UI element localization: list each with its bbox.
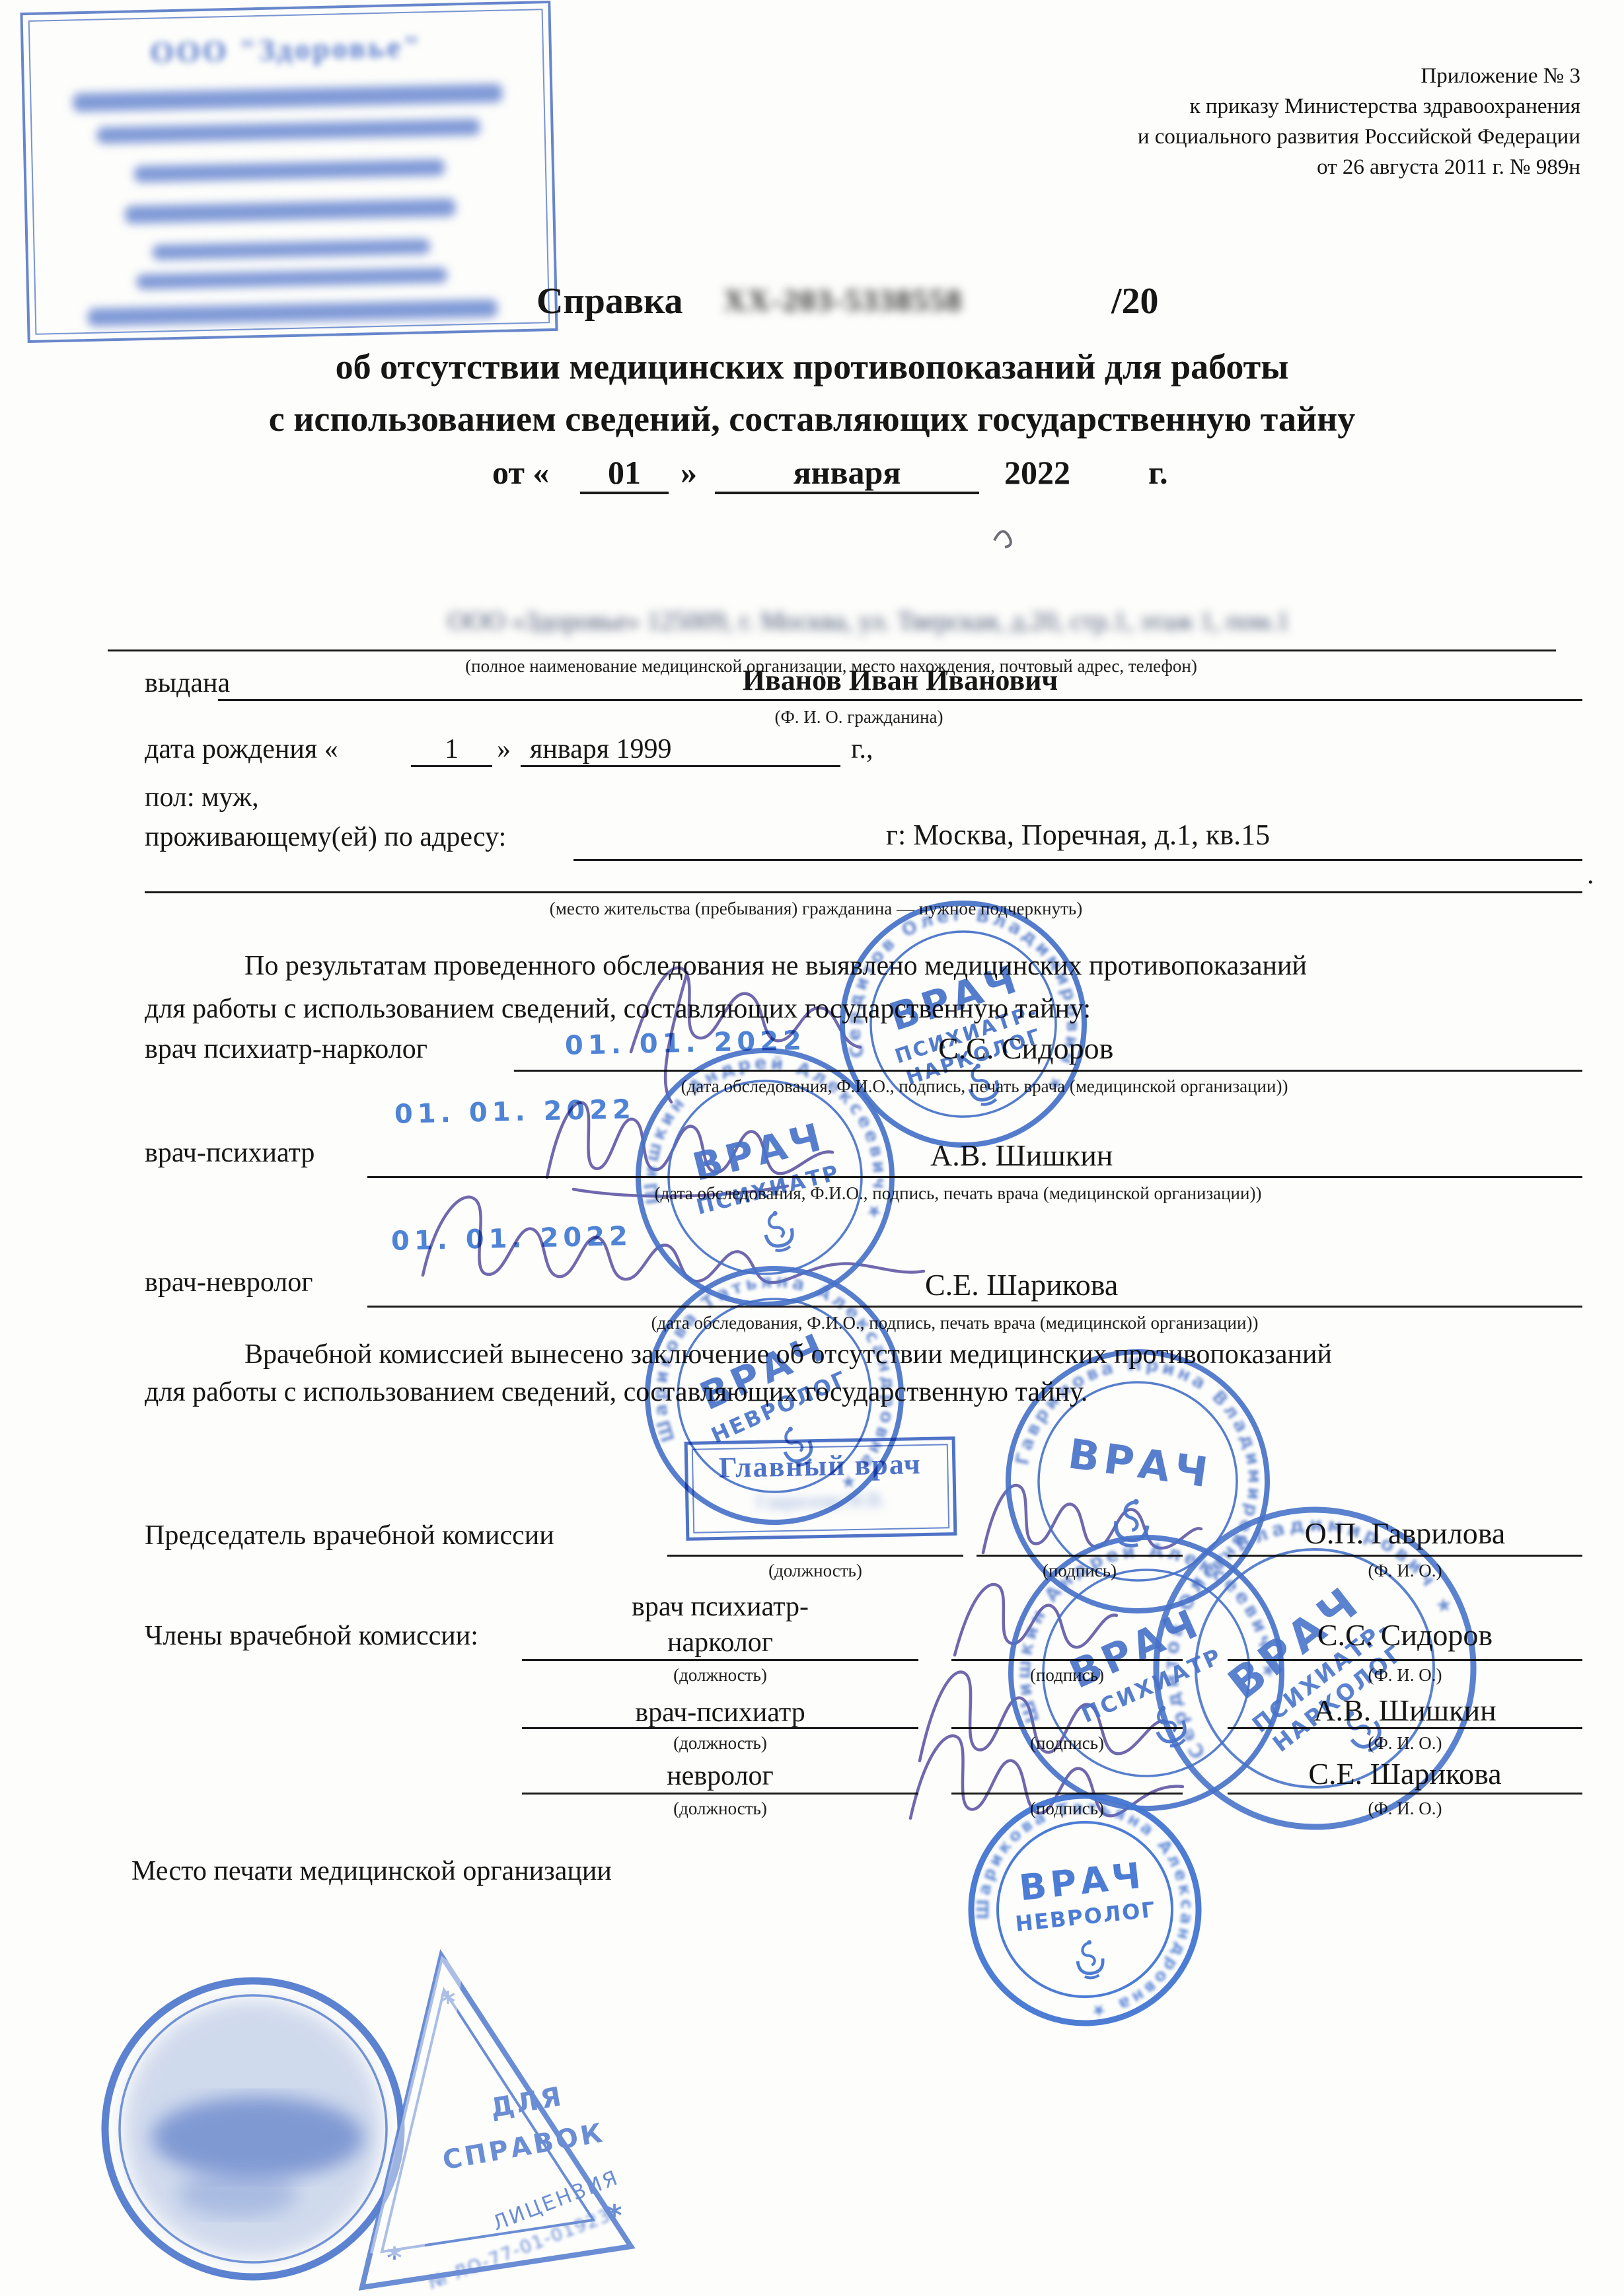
stamp-psikhiatr-3: Шишкин Андрей Алексеевич ★ ВРАЧ ПСИХИАТР [967, 1494, 1325, 1851]
stamp-psikhiatr-narkolog-1: Сердитов Олег Владимирович ★ ВРАЧ ПСИХИА… [811, 871, 1115, 1176]
triangle-line1: ДЛЯ [488, 2081, 566, 2124]
medical-certificate-page: ООО "Здоровье" Приложение № 3 к приказу … [0, 0, 1624, 2296]
stamp-nevrolog-2: Шарикова Татьяна Александровна ★ ВРАЧ НЕ… [960, 1785, 1210, 2034]
triangle-stamp: * * * ДЛЯ СПРАВОК ЛИЦЕНЗИЯ № ЛО-77-01-01… [362, 1956, 631, 2293]
svg-text:Шарикова Татьяна Александровна: Шарикова Татьяна Александровна ★ [610, 1231, 938, 1557]
stamp-nevrolog-1: Шарикова Татьяна Александровна ★ ВРАЧ НЕ… [607, 1228, 942, 1563]
svg-text:ВРАЧ: ВРАЧ [1065, 1429, 1215, 1497]
stamps-overlay: Сердитов Олег Владимирович ★ ВРАЧ ПСИХИА… [0, 0, 1624, 2296]
organization-round-seal-blurred [105, 1981, 401, 2277]
